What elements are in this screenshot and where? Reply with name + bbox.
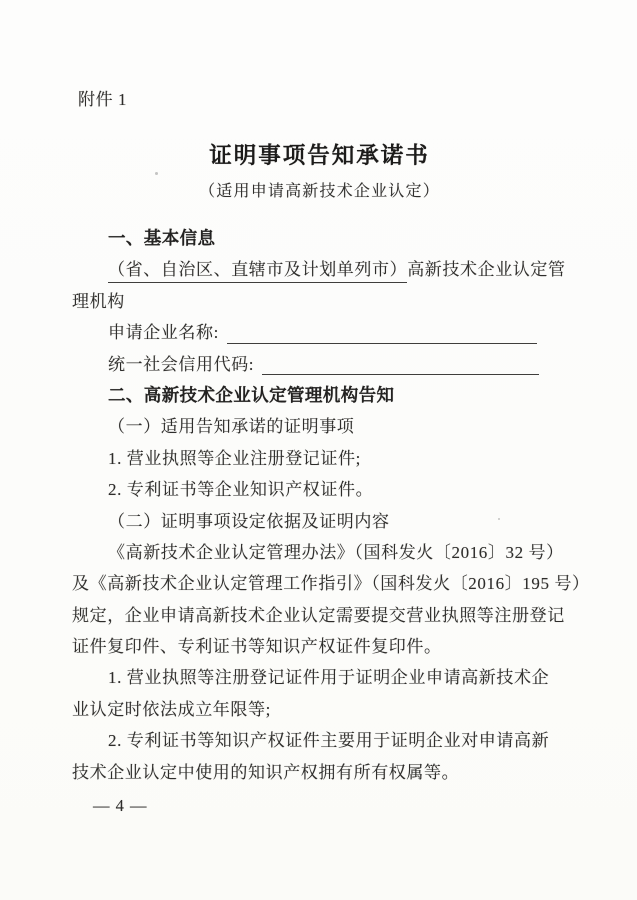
explain-patent-line: 2. 专利证书等知识产权证件主要用于证明企业对申请高新 [72, 725, 567, 756]
basis-paragraph-line: 《高新技术企业认定管理办法》（国科发火〔2016〕32 号） [72, 537, 567, 568]
scan-speck [498, 518, 500, 520]
attachment-label: 附件 1 [78, 84, 567, 115]
authority-line-1: （省、自治区、直辖市及计划单列市）高新技术企业认定管 [72, 254, 567, 285]
document-content: 附件 1 证明事项告知承诺书 （适用申请高新技术企业认定） 一、基本信息 （省、… [0, 0, 637, 821]
explain-license-line: 业认定时依法成立年限等; [72, 694, 567, 725]
credit-code-field-row: 统一社会信用代码: [72, 349, 567, 380]
basis-paragraph-line: 证件复印件、专利证书等知识产权证件复印件。 [72, 631, 567, 662]
list-item-business-license: 1. 营业执照等企业注册登记证件; [72, 443, 567, 474]
basis-paragraph-line: 规定，企业申请高新技术企业认定需要提交营业执照等注册登记 [72, 600, 567, 631]
heading-notification: 二、高新技术企业认定管理机构告知 [72, 380, 567, 411]
document-subtitle: （适用申请高新技术企业认定） [72, 176, 567, 207]
page-number: — 4 — [93, 790, 567, 821]
credit-code-blank-line [262, 373, 539, 375]
company-name-blank-line [227, 342, 537, 344]
credit-code-label: 统一社会信用代码: [108, 349, 254, 380]
explain-license-line: 1. 营业执照等注册登记证件用于证明企业申请高新技术企 [72, 662, 567, 693]
heading-basic-info: 一、基本信息 [72, 223, 567, 254]
authority-underlined-blank: （省、自治区、直辖市及计划单列市） [108, 260, 407, 283]
company-name-field-row: 申请企业名称: [72, 317, 567, 348]
authority-text-rest: 高新技术企业认定管 [407, 260, 565, 279]
scanned-document-page: 附件 1 证明事项告知承诺书 （适用申请高新技术企业认定） 一、基本信息 （省、… [0, 0, 637, 900]
authority-line-2: 理机构 [72, 286, 567, 317]
explain-patent-line: 技术企业认定中使用的知识产权拥有所有权属等。 [72, 757, 567, 788]
basis-paragraph-line: 及《高新技术企业认定管理工作指引》（国科发火〔2016〕195 号） [72, 568, 567, 599]
document-title: 证明事项告知承诺书 [72, 136, 567, 176]
subheading-basis-content: （二）证明事项设定依据及证明内容 [72, 506, 567, 537]
list-item-patent-certificate: 2. 专利证书等企业知识产权证件。 [72, 474, 567, 505]
scan-speck [155, 172, 158, 175]
company-name-label: 申请企业名称: [108, 317, 219, 348]
subheading-applicable-items: （一）适用告知承诺的证明事项 [72, 411, 567, 442]
